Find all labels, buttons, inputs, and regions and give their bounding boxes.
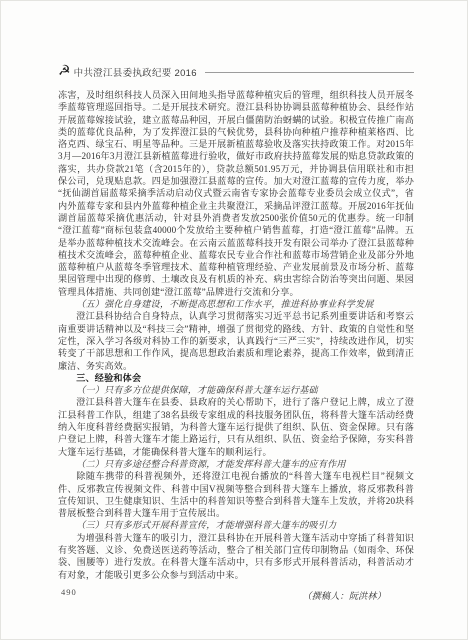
page-content: ☭ 中共澄江县委执政纪要 2016 冻害，及时组织科技人员深入田间地头指导蓝莓种… xyxy=(58,65,414,602)
body-text: 冻害，及时组织科技人员深入田间地头指导蓝莓种植灾后的管理，组织科技人员开展冬季蓝… xyxy=(58,89,414,602)
header-rule xyxy=(205,72,414,73)
body-paragraph: 澄江县科普大篷车在县委、县政府的关心帮助下，进行了落户登记上牌，成立了澄江县科普… xyxy=(58,396,414,457)
running-header-title: 中共澄江县委执政纪要 2016 xyxy=(74,65,197,79)
attribution-line: （撰稿人：阮洪林） xyxy=(58,590,414,602)
subsection-heading: （三）只有多形式开展科普宣传，才能增强科普大篷车的吸引力 xyxy=(58,519,414,531)
body-paragraph: 为增强科普大篷车的吸引力，澄江县科协在开展科普大篷车活动中穿插了科普知识有奖答题… xyxy=(58,532,414,581)
subsection-heading: （二）只有多途径整合科普资源，才能发挥科普大篷车的应有作用 xyxy=(58,458,414,470)
running-header: ☭ 中共澄江县委执政纪要 2016 xyxy=(58,65,414,79)
page-number: 490 xyxy=(61,587,77,597)
subsection-heading: （五）强化自身建设，不断提高思想和工作水平，推进科协事业科学发展 xyxy=(58,298,414,310)
section-heading: 三、经验和体会 xyxy=(58,372,414,384)
body-paragraph: 除随车携带的科普视频外，还将澄江电视台播放的“科普大篷车电视栏目”视频文件、反邪… xyxy=(58,470,414,519)
party-emblem-icon: ☭ xyxy=(58,65,71,79)
body-paragraph: 冻害，及时组织科技人员深入田间地头指导蓝莓种植灾后的管理，组织科技人员开展冬季蓝… xyxy=(58,89,414,298)
subsection-heading: （一）只有多方位提供保障，才能确保科普大篷车运行基础 xyxy=(58,384,414,396)
body-paragraph: 澄江县科协结合自身特点，认真学习贯彻落实习近平总书记系列重要讲话和考察云南重要讲… xyxy=(58,310,414,371)
book-page: ☭ 中共澄江县委执政纪要 2016 冻害，及时组织科技人员深入田间地头指导蓝莓种… xyxy=(0,0,468,640)
